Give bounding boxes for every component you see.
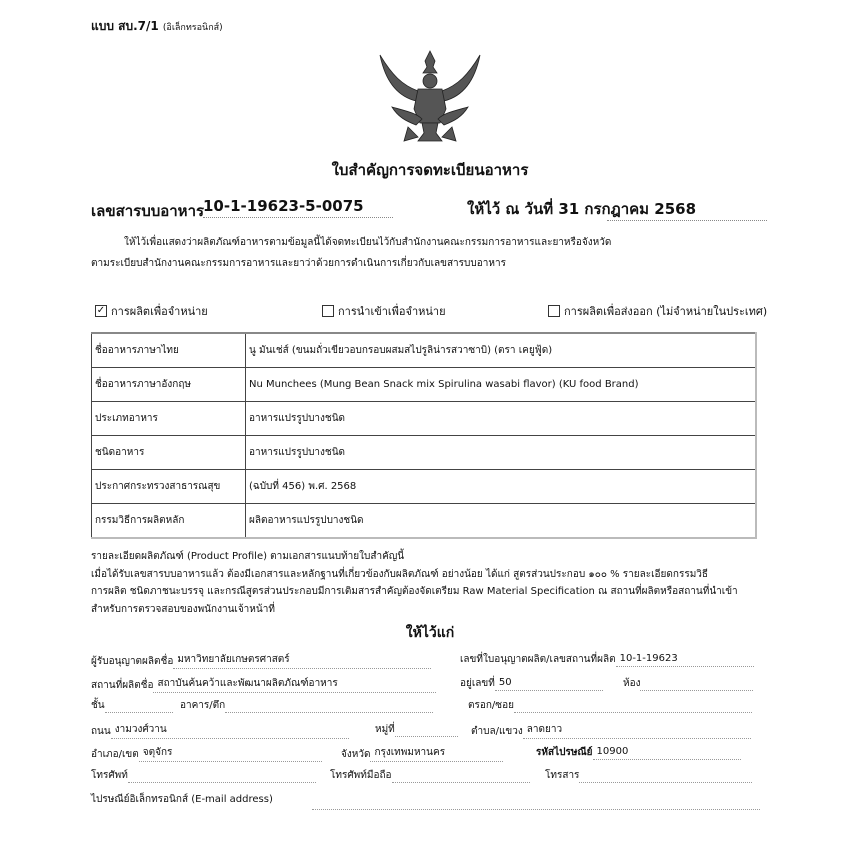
purpose-option-export[interactable]: การผลิตเพื่อส่งออก (ไม่จำหน่ายในประเทศ)	[548, 302, 767, 320]
subdistrict-value: ลาดยาว	[523, 722, 751, 739]
mobile-value	[392, 769, 530, 783]
mobile-label: โทรศัพท์มือถือ	[330, 768, 392, 783]
floor-value	[105, 699, 173, 713]
fax-row: โทรสาร	[545, 768, 752, 783]
building-label: อาคาร/ตึก	[180, 698, 225, 713]
intro-line-2: ตามระเบียบสำนักงานคณะกรรมการอาหารและยาว่…	[91, 256, 506, 271]
moo-label: หมู่ที่	[375, 722, 395, 737]
table-key: ประกาศกระทรวงสาธารณสุข	[92, 470, 246, 504]
table-row: ชื่ออาหารภาษาอังกฤษ Nu Munchees (Mung Be…	[92, 368, 757, 402]
licensee-label: ผู้รับอนุญาตผลิตชื่อ	[91, 654, 173, 669]
phone-row: โทรศัพท์	[91, 768, 316, 783]
licensee-row: ผู้รับอนุญาตผลิตชื่อ มหาวิทยาลัยเกษตรศาส…	[91, 652, 431, 669]
license-number-row: เลขที่ใบอนุญาตผลิต/เลขสถานที่ผลิต 10-1-1…	[460, 652, 754, 667]
checkbox-unchecked-icon[interactable]	[548, 305, 560, 317]
license-number-value: 10-1-19623	[616, 653, 754, 667]
purpose-option-import[interactable]: การนำเข้าเพื่อจำหน่าย	[322, 302, 446, 320]
house-number-row: อยู่เลขที่ 50	[460, 676, 603, 691]
road-row: ถนน งามวงศ์วาน	[91, 722, 349, 739]
license-number-label: เลขที่ใบอนุญาตผลิต/เลขสถานที่ผลิต	[460, 652, 616, 667]
profile-line-2: เมื่อได้รับเลขสารบบอาหารแล้ว ต้องมีเอกสา…	[91, 566, 771, 584]
moo-row: หมู่ที่	[375, 722, 458, 737]
house-number-value: 50	[495, 677, 603, 691]
district-label: อำเภอ/เขต	[91, 747, 139, 762]
alley-row: ตรอก/ซอย	[468, 698, 752, 713]
table-row: ประกาศกระทรวงสาธารณสุข (ฉบับที่ 456) พ.ศ…	[92, 470, 757, 504]
district-row: อำเภอ/เขต จตุจักร	[91, 745, 322, 762]
profile-line-4: สำหรับการตรวจสอบของพนักงานเจ้าหน้าที่	[91, 601, 771, 619]
purpose-option-label: การผลิตเพื่อจำหน่าย	[111, 302, 208, 320]
province-value: กรุงเทพมหานคร	[370, 745, 503, 762]
phone-value	[128, 769, 316, 783]
province-label: จังหวัด	[341, 747, 370, 762]
floor-label: ชั้น	[91, 698, 105, 713]
granted-to-heading: ให้ไว้แก่	[0, 622, 860, 644]
licensee-value: มหาวิทยาลัยเกษตรศาสตร์	[173, 652, 431, 669]
site-label: สถานที่ผลิตชื่อ	[91, 678, 153, 693]
table-value: นู มันเช่ส์ (ขนมถั่วเขียวอบกรอบผสมสไปรูล…	[246, 333, 757, 368]
table-row: ชนิดอาหาร อาหารแปรรูปบางชนิด	[92, 436, 757, 470]
road-label: ถนน	[91, 724, 111, 739]
room-value	[640, 677, 753, 691]
document-title: ใบสำคัญการจดทะเบียนอาหาร	[0, 158, 860, 182]
moo-value	[395, 723, 458, 737]
table-value: Nu Munchees (Mung Bean Snack mix Spiruli…	[246, 368, 757, 402]
floor-row: ชั้น	[91, 698, 173, 713]
postcode-label: รหัสไปรษณีย์	[536, 745, 593, 760]
intro-line-1: ให้ไว้เพื่อแสดงว่าผลิตภัณฑ์อาหารตามข้อมู…	[124, 235, 611, 250]
alley-label: ตรอก/ซอย	[468, 698, 514, 713]
issue-date-underline	[607, 220, 767, 221]
table-row: กรรมวิธีการผลิตหลัก ผลิตอาหารแปรรูปบางชน…	[92, 504, 757, 539]
postcode-row: รหัสไปรษณีย์ 10900	[536, 745, 741, 760]
building-value	[225, 699, 433, 713]
road-value: งามวงศ์วาน	[111, 722, 349, 739]
profile-line-3: การผลิต ชนิดภาชนะบรรจุ และกรณีสูตรส่วนปร…	[91, 583, 771, 601]
email-value-row	[312, 796, 760, 810]
email-value	[312, 796, 760, 810]
table-key: ประเภทอาหาร	[92, 402, 246, 436]
room-row: ห้อง	[623, 676, 753, 691]
subdistrict-label: ตำบล/แขวง	[471, 724, 523, 739]
table-key: ชนิดอาหาร	[92, 436, 246, 470]
email-label: ไปรษณีย์อิเล็กทรอนิกส์ (E-mail address)	[91, 792, 273, 807]
product-profile-note: รายละเอียดผลิตภัณฑ์ (Product Profile) ตา…	[91, 548, 771, 618]
table-row: ชื่ออาหารภาษาไทย นู มันเช่ส์ (ขนมถั่วเขี…	[92, 333, 757, 368]
purpose-option-label: การผลิตเพื่อส่งออก (ไม่จำหน่ายในประเทศ)	[564, 302, 767, 320]
phone-label: โทรศัพท์	[91, 768, 128, 783]
registration-number-value: 10-1-19623-5-0075	[203, 197, 393, 218]
table-value: (ฉบับที่ 456) พ.ศ. 2568	[246, 470, 757, 504]
garuda-emblem-icon	[372, 45, 488, 145]
site-value: สถาบันค้นคว้าและพัฒนาผลิตภัณฑ์อาหาร	[153, 676, 436, 693]
district-value: จตุจักร	[139, 745, 322, 762]
checkbox-checked-icon[interactable]: ✓	[95, 305, 107, 317]
registration-number-label: เลขสารบบอาหาร	[91, 199, 204, 223]
form-code-note: (อิเล็กทรอนิกส์)	[163, 23, 223, 33]
fax-value	[579, 769, 752, 783]
table-key: ชื่ออาหารภาษาไทย	[92, 333, 246, 368]
table-row: ประเภทอาหาร อาหารแปรรูปบางชนิด	[92, 402, 757, 436]
table-value: อาหารแปรรูปบางชนิด	[246, 402, 757, 436]
subdistrict-row: ตำบล/แขวง ลาดยาว	[471, 722, 751, 739]
province-row: จังหวัด กรุงเทพมหานคร	[341, 745, 503, 762]
form-code: แบบ สบ.7/1 (อิเล็กทรอนิกส์)	[91, 17, 223, 36]
room-label: ห้อง	[623, 676, 640, 691]
house-number-label: อยู่เลขที่	[460, 676, 495, 691]
postcode-value: 10900	[593, 746, 741, 760]
fax-label: โทรสาร	[545, 768, 579, 783]
table-value: ผลิตอาหารแปรรูปบางชนิด	[246, 504, 757, 539]
site-row: สถานที่ผลิตชื่อ สถาบันค้นคว้าและพัฒนาผลิ…	[91, 676, 436, 693]
food-info-table: ชื่ออาหารภาษาไทย นู มันเช่ส์ (ขนมถั่วเขี…	[91, 332, 757, 539]
form-code-text: แบบ สบ.7/1	[91, 19, 159, 33]
table-key: ชื่ออาหารภาษาอังกฤษ	[92, 368, 246, 402]
email-row: ไปรษณีย์อิเล็กทรอนิกส์ (E-mail address)	[91, 792, 273, 807]
purpose-option-manufacture[interactable]: ✓ การผลิตเพื่อจำหน่าย	[95, 302, 208, 320]
alley-value	[514, 699, 752, 713]
purpose-option-label: การนำเข้าเพื่อจำหน่าย	[338, 302, 446, 320]
mobile-row: โทรศัพท์มือถือ	[330, 768, 530, 783]
profile-line-1: รายละเอียดผลิตภัณฑ์ (Product Profile) ตา…	[91, 548, 771, 566]
issue-date: ให้ไว้ ณ วันที่ 31 กรกฎาคม 2568	[467, 197, 696, 221]
table-value: อาหารแปรรูปบางชนิด	[246, 436, 757, 470]
checkbox-unchecked-icon[interactable]	[322, 305, 334, 317]
building-row: อาคาร/ตึก	[180, 698, 433, 713]
table-key: กรรมวิธีการผลิตหลัก	[92, 504, 246, 539]
